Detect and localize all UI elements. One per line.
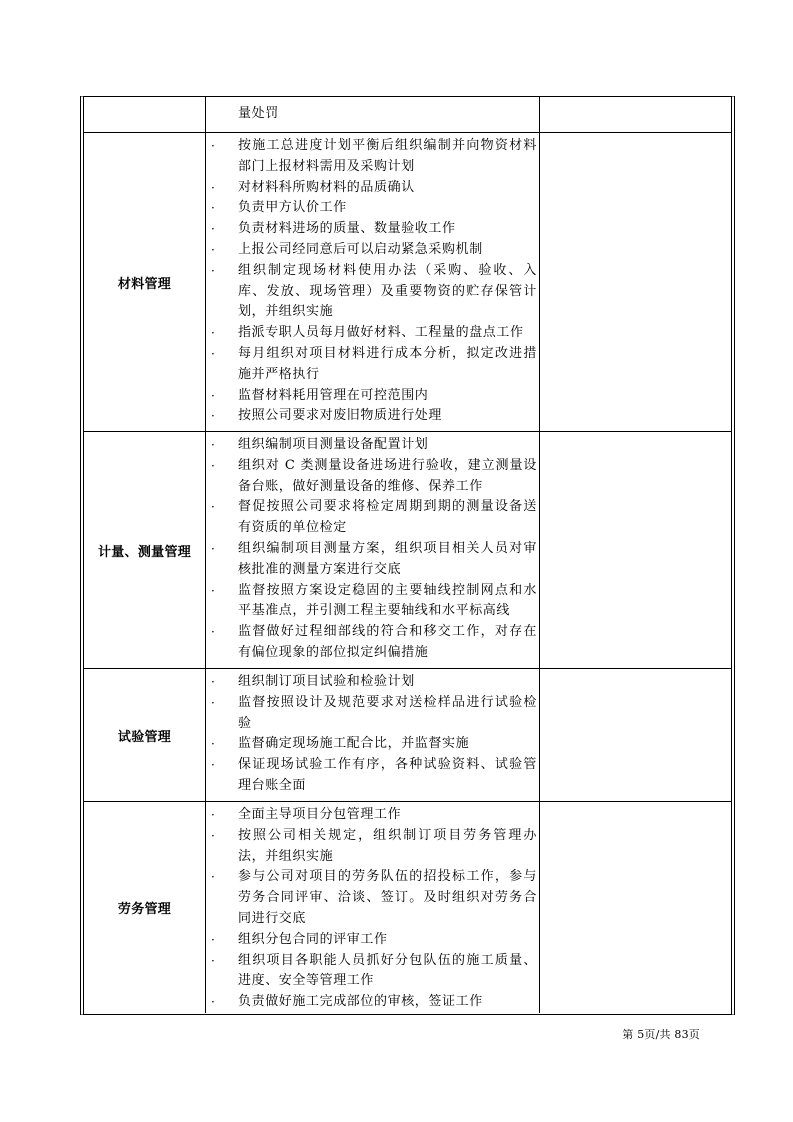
bullet-icon: · — [211, 693, 215, 714]
bullet-icon: · — [211, 755, 215, 776]
category-label: 计量、测量管理 — [98, 541, 191, 560]
continued-text: 量处罚 — [206, 100, 539, 125]
table-row-testing-management: 试验管理 ·组织制订项目试验和检验计划 ·监督按照设计及规范要求对送检样品进行试… — [84, 668, 731, 801]
category-cell: 试验管理 — [84, 669, 206, 801]
category-cell: 材料管理 — [84, 133, 206, 431]
bullet-icon: · — [211, 323, 215, 344]
list-item: ·组织制订项目试验和检验计划 — [206, 672, 539, 693]
page-number: 第 5页/共 83页 — [622, 1026, 700, 1042]
list-item: ·组织编制项目测量方案，组织项目相关人员对审核批准的测量方案进行交底 — [206, 539, 539, 581]
remarks-cell — [540, 97, 731, 132]
bullet-icon: · — [211, 992, 215, 1013]
bullet-icon: · — [211, 456, 215, 477]
list-item: ·监督做好过程细部线的符合和移交工作，对存在有偏位现象的部位拟定纠偏措施 — [206, 622, 539, 664]
duties-cell: ·组织制订项目试验和检验计划 ·监督按照设计及规范要求对送检样品进行试验检验 ·… — [206, 669, 540, 801]
category-cell — [84, 97, 206, 132]
duties-cell: ·组织编制项目测量设备配置计划 ·组织对 C 类测量设备进场进行验收，建立测量设… — [206, 432, 540, 668]
bullet-icon: · — [211, 930, 215, 951]
bullet-icon: · — [211, 198, 215, 219]
list-item: ·组织编制项目测量设备配置计划 — [206, 435, 539, 456]
bullet-icon: · — [211, 734, 215, 755]
list-item: ·负责甲方认价工作 — [206, 198, 539, 219]
list-item: ·按照公司要求对废旧物质进行处理 — [206, 406, 539, 427]
category-label: 试验管理 — [118, 726, 171, 745]
list-item: ·负责材料进场的质量、数量验收工作 — [206, 219, 539, 240]
list-item: ·监督按照方案设定稳固的主要轴线控制网点和水平基准点，并引测工程主要轴线和水平标… — [206, 581, 539, 623]
list-item: ·监督确定现场施工配合比，并监督实施 — [206, 734, 539, 755]
bullet-icon: · — [211, 386, 215, 407]
list-item: ·按照公司相关规定，组织制订项目劳务管理办法，并组织实施 — [206, 826, 539, 868]
list-item: ·组织项目各职能人员抓好分包队伍的施工质量、进度、安全等管理工作 — [206, 951, 539, 993]
list-item: ·负责做好施工完成部位的审核，签证工作 — [206, 992, 539, 1013]
bullet-icon: · — [211, 867, 215, 888]
category-label: 劳务管理 — [118, 898, 171, 917]
bullet-icon: · — [211, 261, 215, 282]
remarks-cell — [540, 802, 731, 1013]
table-row-material-management: 材料管理 ·按施工总进度计划平衡后组织编制并向物资材料部门上报材料需用及采购计划… — [84, 132, 731, 431]
bullet-icon: · — [211, 219, 215, 240]
remarks-cell — [540, 133, 731, 431]
duty-list: ·全面主导项目分包管理工作 ·按照公司相关规定，组织制订项目劳务管理办法，并组织… — [206, 805, 539, 1013]
duty-list: ·组织编制项目测量设备配置计划 ·组织对 C 类测量设备进场进行验收，建立测量设… — [206, 435, 539, 664]
bullet-icon: · — [211, 406, 215, 427]
list-item: ·组织分包合同的评审工作 — [206, 930, 539, 951]
list-item: ·监督材料耗用管理在可控范围内 — [206, 386, 539, 407]
list-item: ·保证现场试验工作有序，各种试验资料、试验管理台账全面 — [206, 755, 539, 797]
bullet-icon: · — [211, 240, 215, 261]
bullet-icon: · — [211, 344, 215, 365]
list-item: ·对材料科所购材料的品质确认 — [206, 178, 539, 199]
bullet-icon: · — [211, 805, 215, 826]
bullet-icon: · — [211, 435, 215, 456]
bullet-icon: · — [211, 951, 215, 972]
remarks-cell — [540, 432, 731, 668]
table-row-measurement-management: 计量、测量管理 ·组织编制项目测量设备配置计划 ·组织对 C 类测量设备进场进行… — [84, 431, 731, 668]
list-item: ·监督按照设计及规范要求对送检样品进行试验检验 — [206, 693, 539, 735]
list-item: ·按施工总进度计划平衡后组织编制并向物资材料部门上报材料需用及采购计划 — [206, 136, 539, 178]
duties-cell: ·按施工总进度计划平衡后组织编制并向物资材料部门上报材料需用及采购计划 ·对材料… — [206, 133, 540, 431]
bullet-icon: · — [211, 539, 215, 560]
duty-list: ·按施工总进度计划平衡后组织编制并向物资材料部门上报材料需用及采购计划 ·对材料… — [206, 136, 539, 427]
list-item: ·组织制定现场材料使用办法（采购、验收、入库、发放、现场管理）及重要物资的贮存保… — [206, 261, 539, 323]
document-page: 量处罚 材料管理 ·按施工总进度计划平衡后组织编制并向物资材料部门上报材料需用及… — [0, 0, 793, 1122]
list-item: ·组织对 C 类测量设备进场进行验收，建立测量设备台账，做好测量设备的维修、保养… — [206, 456, 539, 498]
duties-cell: 量处罚 — [206, 97, 540, 132]
bullet-icon: · — [211, 136, 215, 157]
bullet-icon: · — [211, 497, 215, 518]
category-cell: 计量、测量管理 — [84, 432, 206, 668]
category-label: 材料管理 — [118, 273, 171, 292]
list-item: ·每月组织对项目材料进行成本分析，拟定改进措施并严格执行 — [206, 344, 539, 386]
list-item: ·上报公司经同意后可以启动紧急采购机制 — [206, 240, 539, 261]
bullet-icon: · — [211, 826, 215, 847]
bullet-icon: · — [211, 581, 215, 602]
duty-list: ·组织制订项目试验和检验计划 ·监督按照设计及规范要求对送检样品进行试验检验 ·… — [206, 672, 539, 797]
duties-cell: ·全面主导项目分包管理工作 ·按照公司相关规定，组织制订项目劳务管理办法，并组织… — [206, 802, 540, 1013]
list-item: ·参与公司对项目的劳务队伍的招投标工作，参与劳务合同评审、洽谈、签订。及时组织对… — [206, 867, 539, 929]
list-item: ·全面主导项目分包管理工作 — [206, 805, 539, 826]
bullet-icon: · — [211, 178, 215, 199]
bullet-icon: · — [211, 622, 215, 643]
list-item: ·指派专职人员每月做好材料、工程量的盘点工作 — [206, 323, 539, 344]
bullet-icon: · — [211, 672, 215, 693]
table-row-labor-management: 劳务管理 ·全面主导项目分包管理工作 ·按照公司相关规定，组织制订项目劳务管理办… — [84, 801, 731, 1013]
remarks-cell — [540, 669, 731, 801]
responsibility-table: 量处罚 材料管理 ·按施工总进度计划平衡后组织编制并向物资材料部门上报材料需用及… — [80, 96, 735, 1015]
category-cell: 劳务管理 — [84, 802, 206, 1013]
list-item: ·督促按照公司要求将检定周期到期的测量设备送有资质的单位检定 — [206, 497, 539, 539]
table-row-continuation: 量处罚 — [84, 97, 731, 132]
